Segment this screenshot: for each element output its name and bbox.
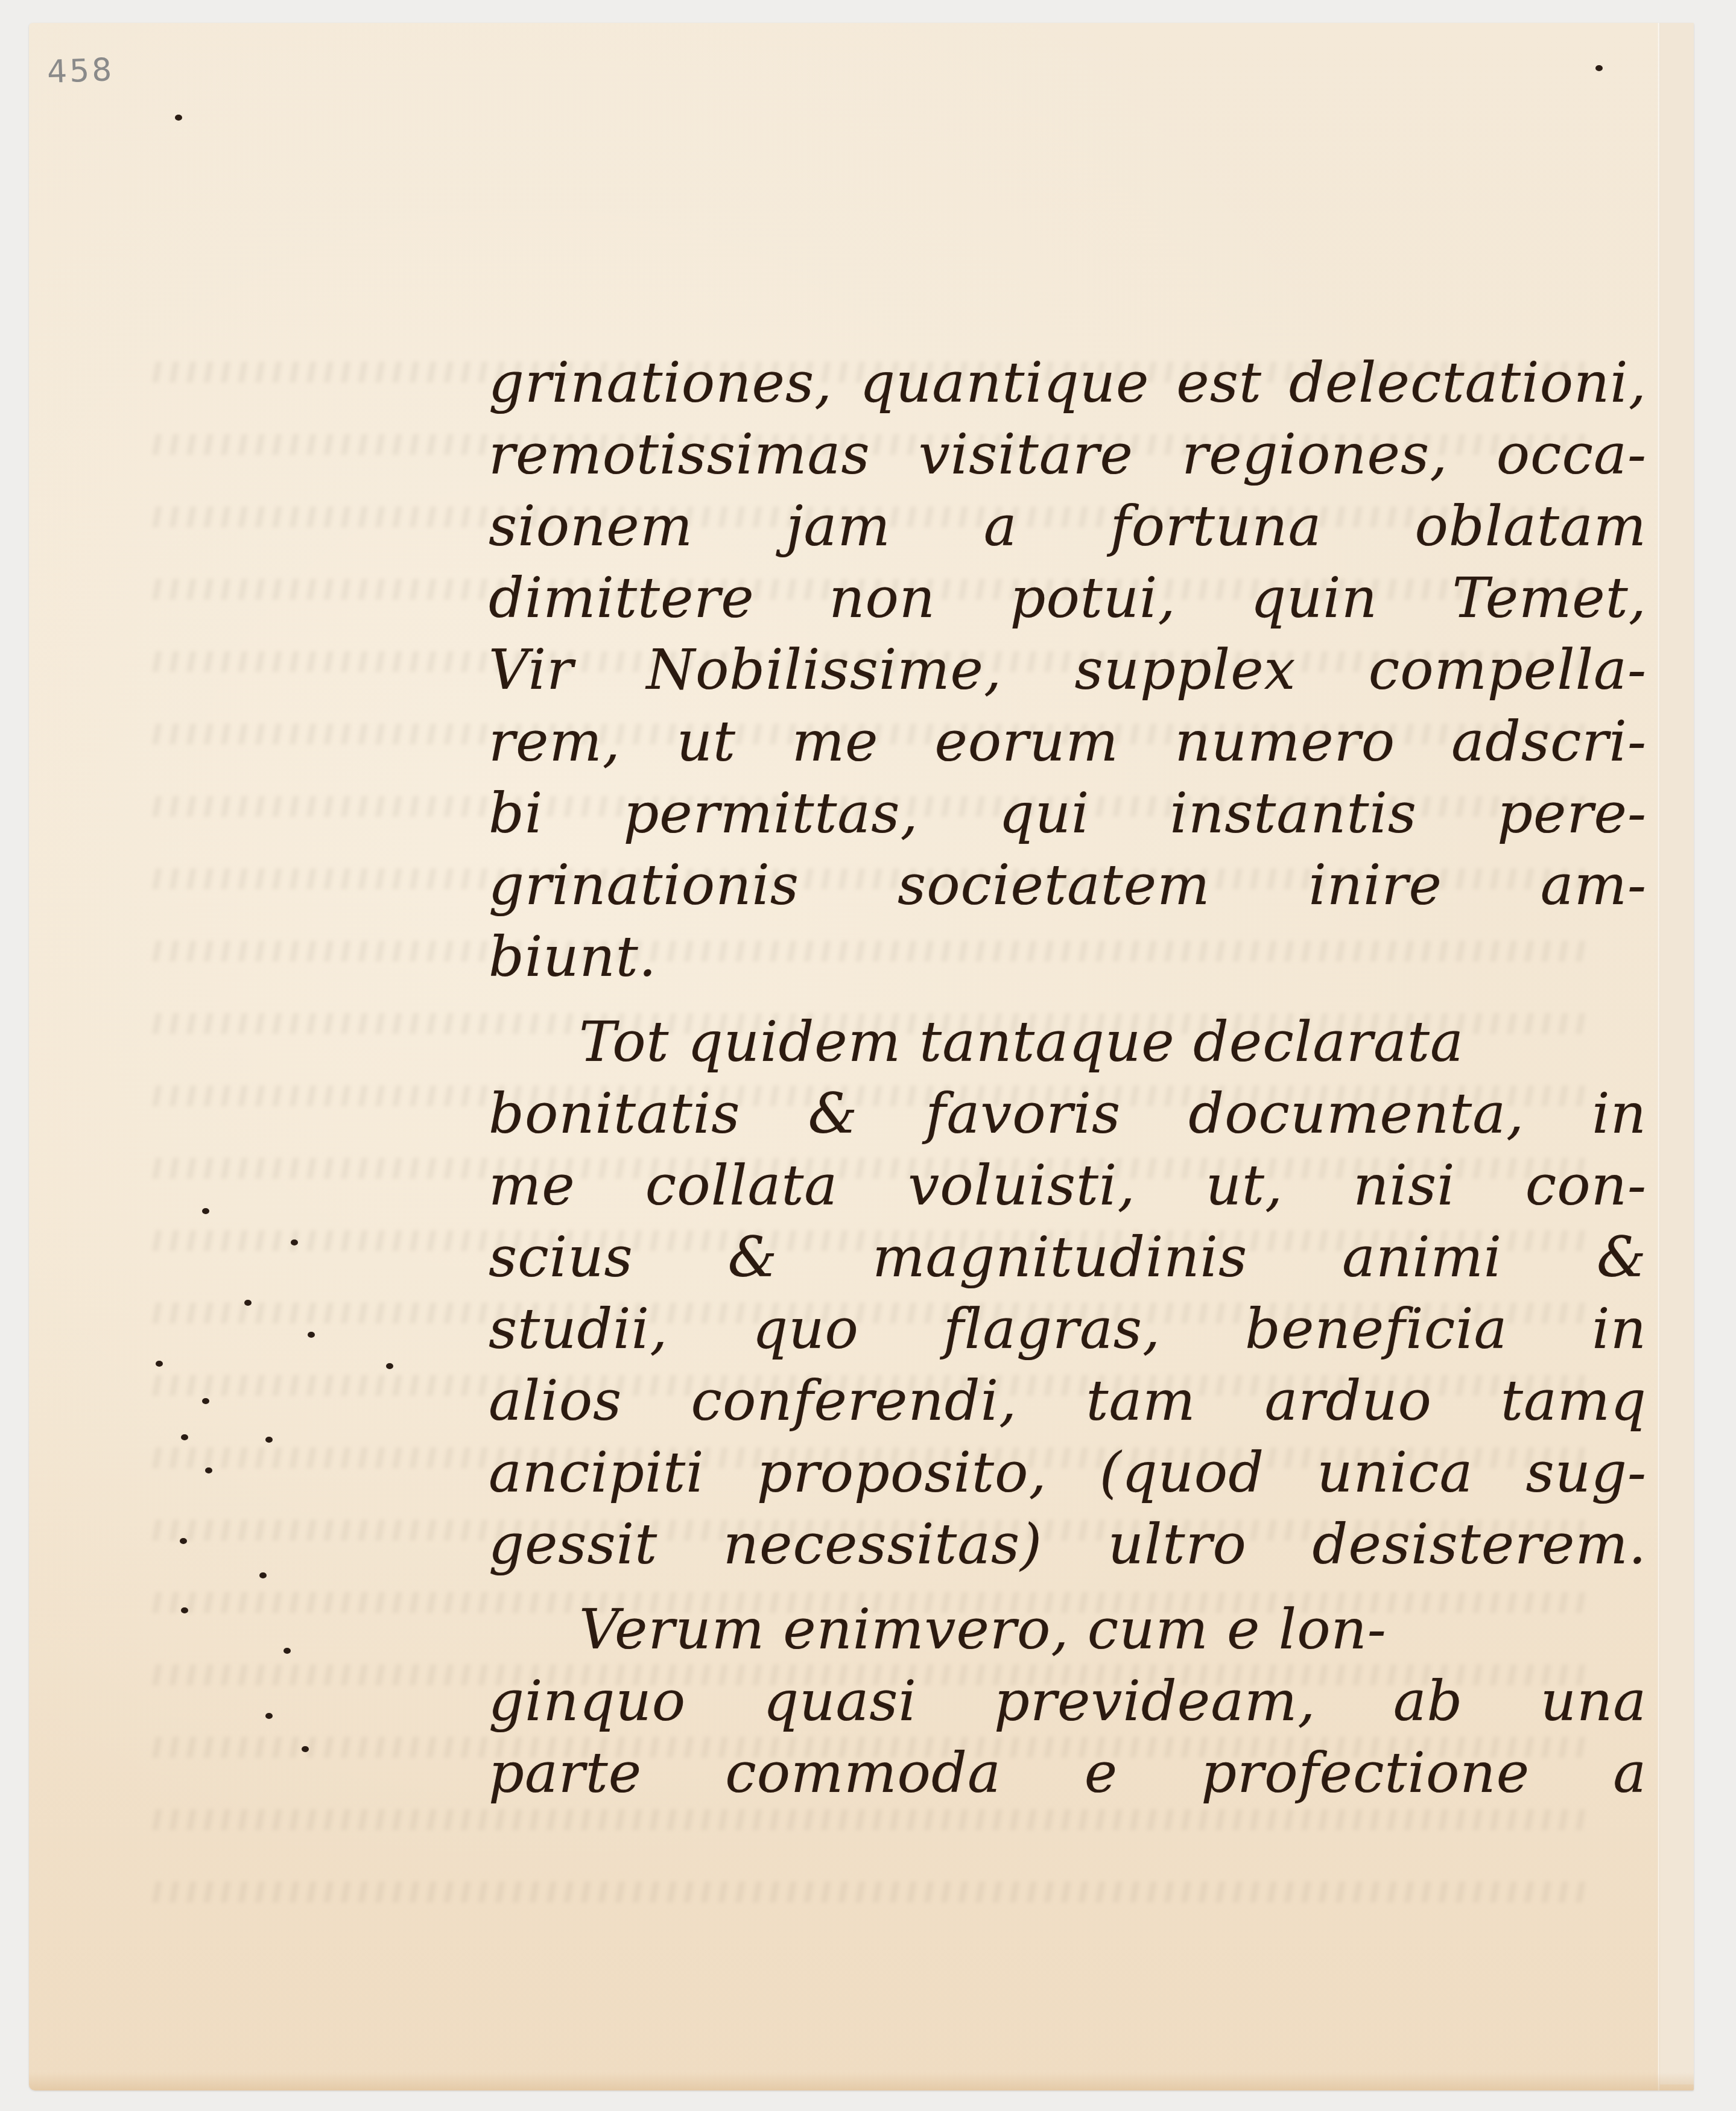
manuscript-line: bi permittas, qui instantis pere- (489, 777, 1647, 849)
manuscript-line: gessit necessitas) ultro desisterem. (489, 1508, 1647, 1580)
manuscript-line: remotissimas visitare regiones, occa- (489, 419, 1647, 490)
manuscript-line: bonitatis & favoris documenta, in (489, 1078, 1647, 1150)
manuscript-line: me collata voluisti, ut, nisi con- (489, 1150, 1647, 1221)
manuscript-line: Tot quidem tantaque declarata (489, 1006, 1659, 1078)
manuscript-line: Vir Nobilissime, supplex compella- (489, 634, 1647, 706)
manuscript-text: grinationes, quantique est delectationi,… (489, 347, 1659, 1809)
manuscript-line: Verum enimvero, cum e lon- (489, 1594, 1659, 1665)
adjacent-leaf-edge (1660, 23, 1694, 2084)
manuscript-line: scius & magnitudinis animi & (489, 1221, 1647, 1293)
manuscript-line: rem, ut me eorum numero adscri- (489, 706, 1647, 777)
paragraph-2: Tot quidem tantaque declarata bonitatis … (489, 1006, 1659, 1580)
manuscript-line: ancipiti proposito, (quod unica sug- (489, 1437, 1647, 1508)
paragraph-1: grinationes, quantique est delectationi,… (489, 347, 1659, 993)
sheet-stain-edge (29, 2072, 1694, 2090)
manuscript-line: ginquo quasi prevideam, ab una (489, 1665, 1647, 1737)
manuscript-line: dimittere non potui, quin Temet, (489, 562, 1647, 634)
manuscript-line: parte commoda e profectione a (489, 1737, 1647, 1809)
manuscript-line: sionem jam a fortuna oblatam (489, 490, 1647, 562)
manuscript-line: biunt. (489, 921, 1659, 993)
manuscript-line: studii, quo flagras, beneficia in (489, 1293, 1647, 1365)
paragraph-3: Verum enimvero, cum e lon- ginquo quasi … (489, 1594, 1659, 1809)
folio-number: 458 (46, 52, 115, 90)
manuscript-line: grinationes, quantique est delectationi, (489, 347, 1647, 419)
manuscript-line: alios conferendi, tam arduo tamq (489, 1365, 1647, 1437)
manuscript-line: grinationis societatem inire am- (489, 849, 1647, 921)
